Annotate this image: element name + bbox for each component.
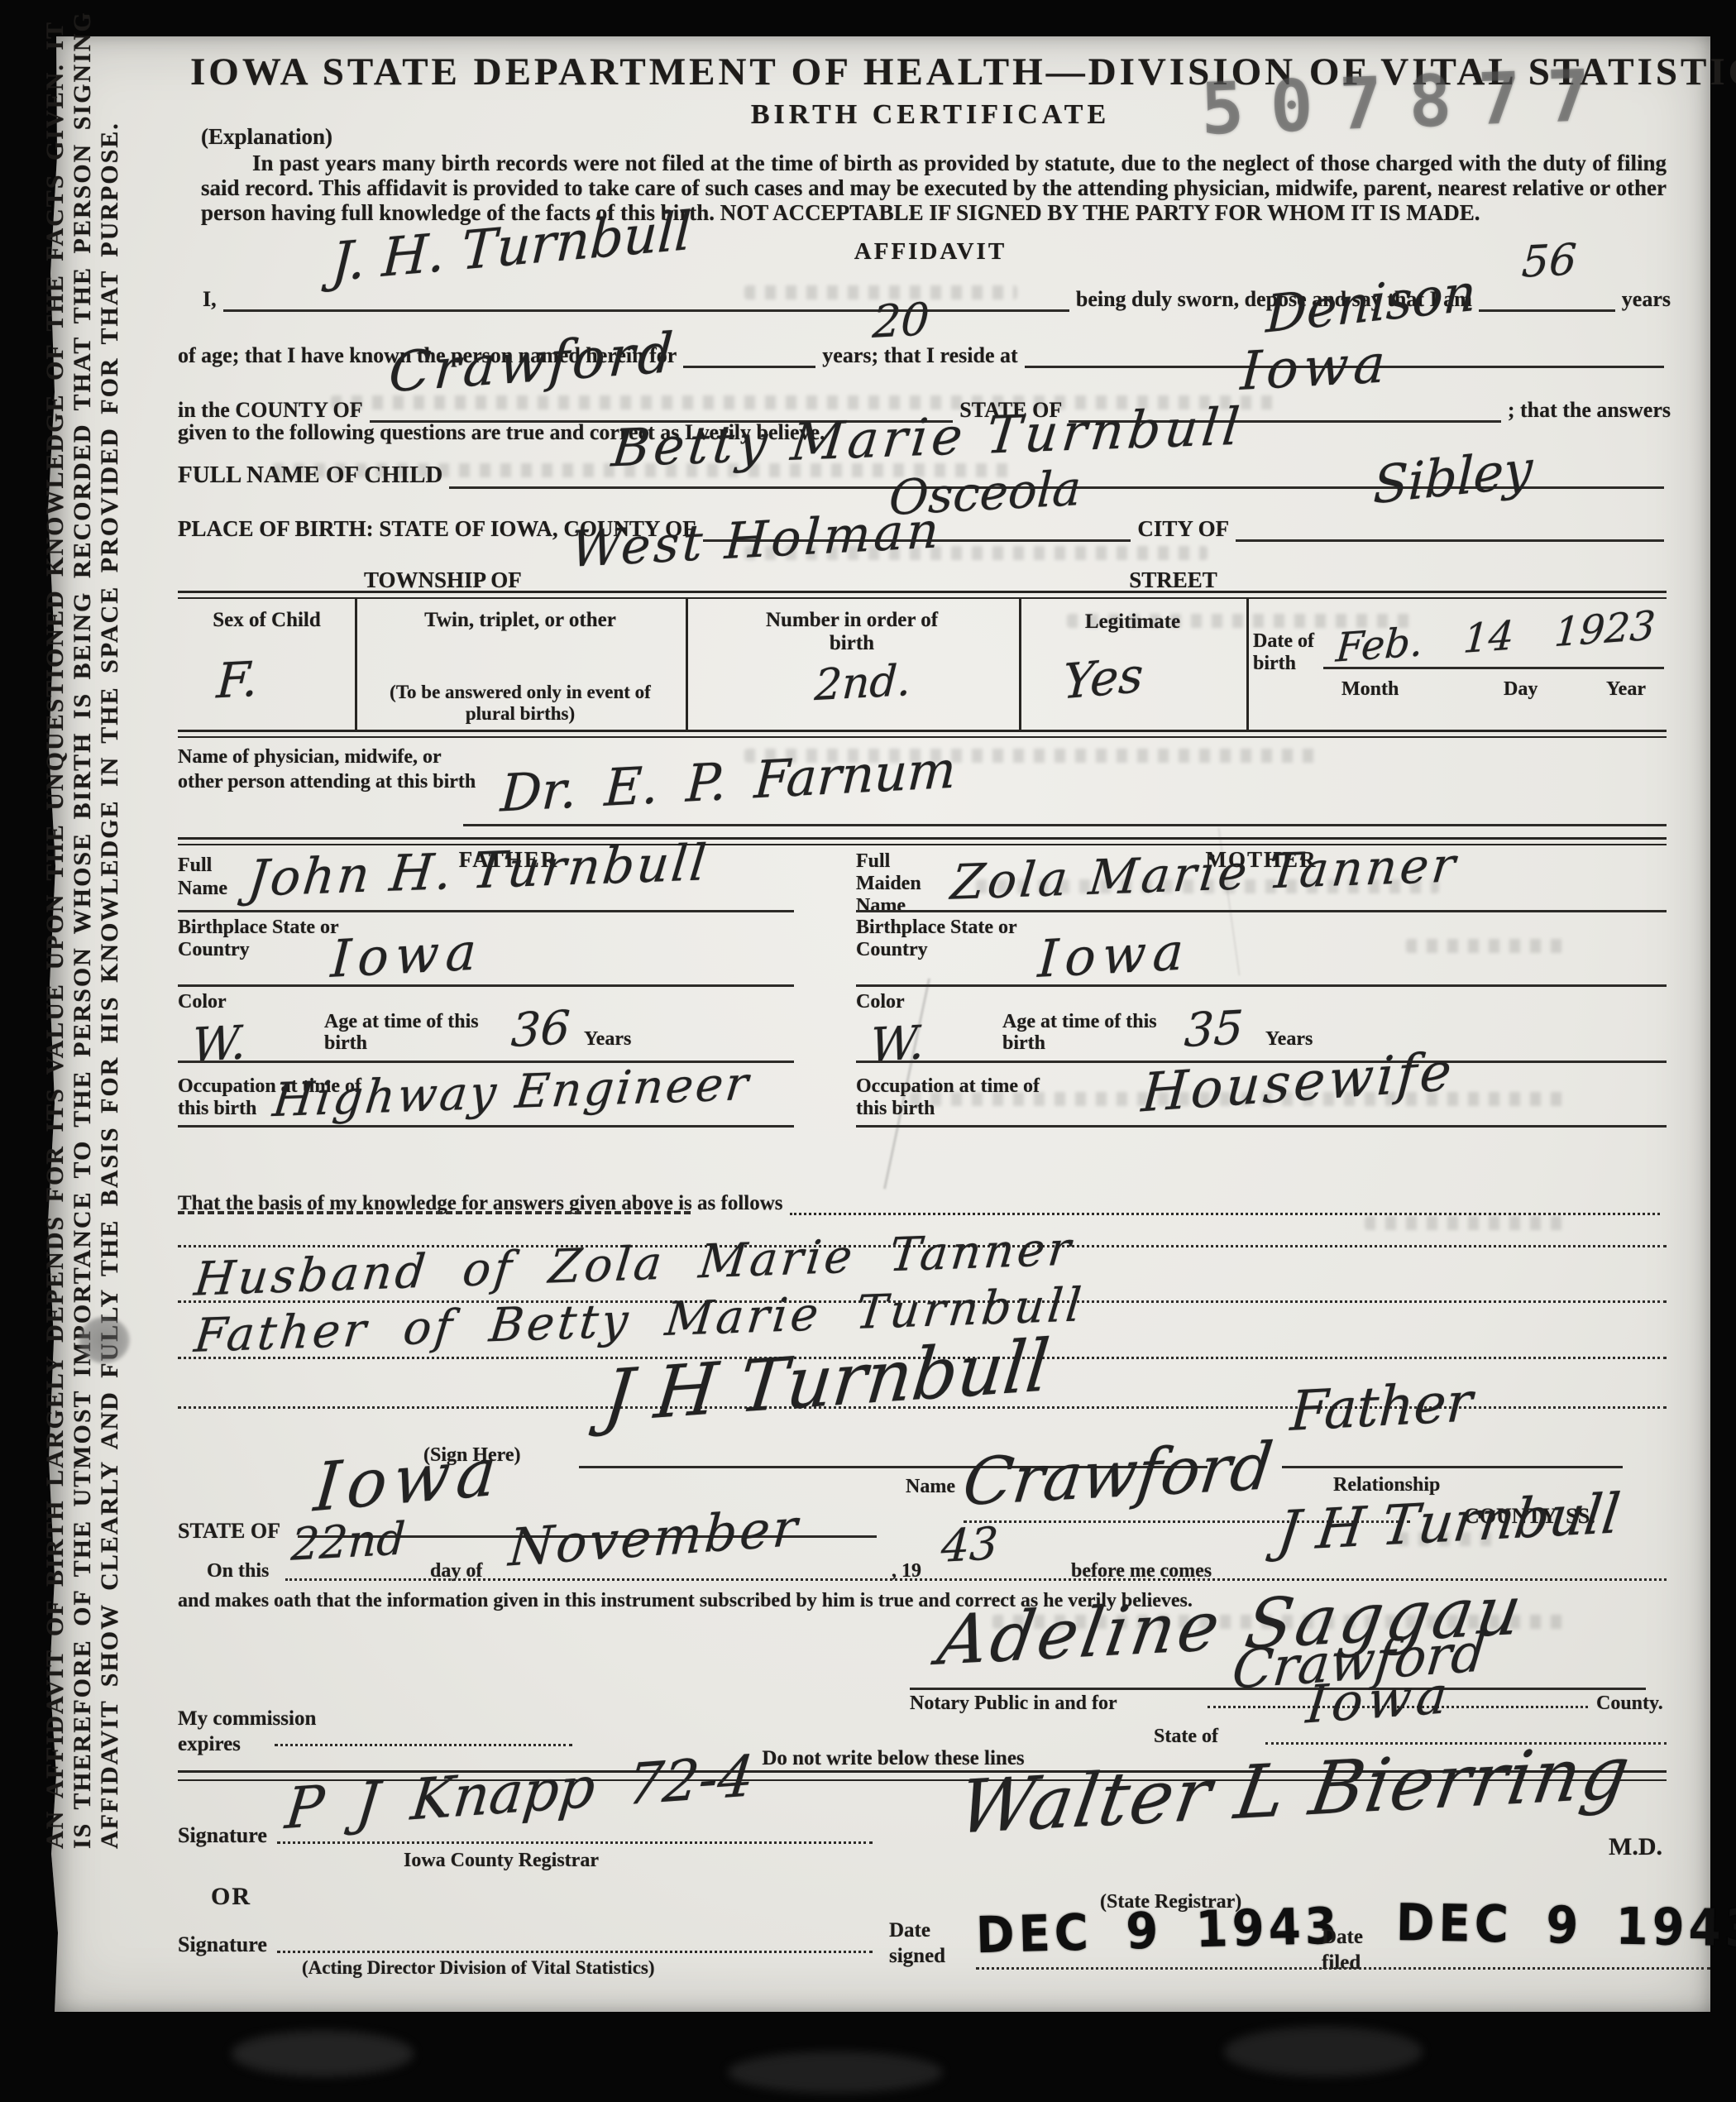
acting-director-label: (Acting Director Division of Vital Stati… xyxy=(302,1957,655,1979)
bleedthrough-artifact xyxy=(1398,1532,1497,1546)
registrar-signature-line xyxy=(277,1841,873,1844)
year-prefix-label: , 19 xyxy=(892,1560,921,1582)
bleedthrough-artifact xyxy=(1365,1216,1563,1230)
day-of-label: day of xyxy=(430,1560,482,1582)
bleedthrough-artifact xyxy=(331,395,1282,409)
sidebar-note-line3: AFFIDAVIT SHOW CLEARLY AND FULLY THE BAS… xyxy=(96,120,123,1849)
mother-name-label: Full Maiden Name xyxy=(856,850,947,917)
answers-text: ; that the answers xyxy=(1508,398,1671,423)
bleedthrough-artifact xyxy=(976,879,1439,893)
father-birthplace-label: Birthplace State or Country xyxy=(178,917,343,961)
registrar-signature-label: Signature xyxy=(178,1823,267,1848)
father-age-label: Age at time of this birth xyxy=(324,1011,498,1054)
father-occupation-underline xyxy=(178,1125,794,1128)
signature2-line xyxy=(277,1951,873,1953)
date-underline xyxy=(1323,667,1664,669)
county-registrar-title: Iowa County Registrar xyxy=(404,1850,599,1872)
day-label: Day xyxy=(1504,678,1538,701)
handwritten-mother-age: 35 xyxy=(1183,1001,1245,1058)
notary-state-of-label: State of xyxy=(1154,1726,1218,1748)
i-label: I, xyxy=(203,287,217,312)
explanation-paragraph: In past years many birth records were no… xyxy=(201,151,1667,225)
handwritten-order: 2nd. xyxy=(814,656,912,711)
handwritten-known-years: 20 xyxy=(871,293,930,348)
scan-noise xyxy=(728,2052,943,2093)
basis-underline-dash xyxy=(178,1211,691,1214)
bleedthrough-artifact xyxy=(744,546,1208,560)
father-name-label: Full Name xyxy=(178,854,240,900)
state-of-label: STATE OF xyxy=(178,1519,280,1544)
relationship-line xyxy=(1282,1466,1623,1468)
street-blank xyxy=(1224,561,1664,593)
bleedthrough-artifact xyxy=(1067,614,1414,628)
handwritten-day: 22nd xyxy=(289,1512,406,1570)
handwritten-notary-state: Iowa xyxy=(1303,1664,1455,1736)
bleedthrough-artifact xyxy=(992,1615,1571,1629)
handwritten-father-age: 36 xyxy=(509,1001,571,1058)
date-filed-stamp: DEC 9 1943 xyxy=(1395,1894,1736,1959)
handwritten-sex: F. xyxy=(215,651,259,710)
years-label: years xyxy=(1622,287,1671,312)
mother-occupation-underline xyxy=(856,1125,1667,1128)
date-line xyxy=(976,1967,1710,1970)
notary-county-label: County. xyxy=(1596,1693,1663,1715)
physician-label: Name of physician, midwife, or other per… xyxy=(178,745,484,794)
township-label: TOWNSHIP OF xyxy=(364,567,522,593)
city-blank xyxy=(1236,510,1664,542)
handwritten-father-color: W. xyxy=(190,1016,247,1073)
explanation-emphasis: NOT ACCEPTABLE IF SIGNED BY THE PARTY FO… xyxy=(720,200,1480,225)
sidebar-note-line2: IS THEREFORE OF THE UTMOST IMPORTANCE TO… xyxy=(69,120,96,1849)
street-label: STREET xyxy=(1129,567,1217,593)
ink-blob-artifact xyxy=(79,1317,130,1363)
table-divider-1 xyxy=(355,597,357,730)
father-color-label: Color xyxy=(178,991,227,1013)
bleedthrough-artifact xyxy=(910,1092,1571,1106)
name-label: Name xyxy=(906,1476,955,1498)
basis-trailing-dots xyxy=(790,1183,1660,1215)
or-label: OR xyxy=(211,1883,251,1911)
city-label: CITY OF xyxy=(1137,516,1229,542)
sex-header: Sex of Child xyxy=(186,609,347,632)
reside-text: years; that I reside at xyxy=(822,343,1017,368)
signature2-label: Signature xyxy=(178,1932,267,1957)
handwritten-legitimate: Yes xyxy=(1061,646,1145,710)
bleedthrough-artifact xyxy=(273,463,1017,477)
father-name-underline xyxy=(178,910,794,912)
mother-years-label: Years xyxy=(1265,1028,1313,1051)
bleedthrough-artifact xyxy=(744,285,1017,299)
on-this-label: On this xyxy=(207,1560,269,1582)
order-header: Number in order of birth xyxy=(744,609,959,655)
scan-noise xyxy=(1224,2027,1423,2076)
bleedthrough-artifact xyxy=(744,749,1323,763)
bleedthrough-artifact xyxy=(1406,939,1571,953)
physician-underline xyxy=(463,824,1667,826)
explanation-label: (Explanation) xyxy=(201,124,332,150)
handwritten-year: 43 xyxy=(940,1517,999,1573)
notary-label: Notary Public in and for xyxy=(910,1693,1117,1715)
year-label: Year xyxy=(1606,678,1646,701)
handwritten-father-birthplace: Iowa xyxy=(329,921,484,989)
scan-noise xyxy=(232,2031,414,2076)
certificate-number-stamp: 507877 xyxy=(1199,54,1618,151)
mother-age-label: Age at time of this birth xyxy=(1002,1011,1176,1054)
sidebar-note: AN AFFIDAVIT OF BIRTH LARGELY DEPENDS FO… xyxy=(41,120,124,1849)
father-birthplace-underline xyxy=(178,984,794,987)
mother-birthplace-label: Birthplace State or Country xyxy=(856,917,1021,961)
handwritten-age: 56 xyxy=(1520,235,1577,288)
handwritten-relationship: Father xyxy=(1289,1370,1474,1444)
table-bottom-rule xyxy=(178,730,1667,738)
date-signed-label: Date signed xyxy=(889,1918,972,1969)
month-label: Month xyxy=(1341,678,1399,701)
twin-note: (To be answered only in event of plural … xyxy=(380,682,661,725)
twin-header: Twin, triplet, or other xyxy=(421,609,619,632)
sidebar-note-line1: AN AFFIDAVIT OF BIRTH LARGELY DEPENDS FO… xyxy=(41,120,69,1849)
handwritten-state: Iowa xyxy=(1239,333,1391,403)
table-top-rule xyxy=(178,591,1667,599)
father-years-label: Years xyxy=(584,1028,631,1051)
known-years-blank xyxy=(683,336,815,368)
mother-birthplace-underline xyxy=(856,984,1667,987)
mother-name-underline xyxy=(856,910,1667,912)
scanned-birth-certificate: { "page": { "certificate_number": "50787… xyxy=(0,0,1736,2102)
township-line: TOWNSHIP OF STREET xyxy=(364,561,1671,593)
before-label: before me comes xyxy=(1071,1560,1212,1582)
date-signed-stamp: DEC 9 1943 xyxy=(975,1898,1341,1966)
mother-color-label: Color xyxy=(856,991,905,1013)
commission-label: My commission expires xyxy=(178,1706,356,1757)
handwritten-mother-birthplace: Iowa xyxy=(1036,921,1191,989)
handwritten-mother-color: W. xyxy=(868,1016,925,1073)
table-divider-2 xyxy=(686,597,688,730)
md-label: M.D. xyxy=(1609,1833,1662,1861)
commission-line xyxy=(275,1744,572,1746)
